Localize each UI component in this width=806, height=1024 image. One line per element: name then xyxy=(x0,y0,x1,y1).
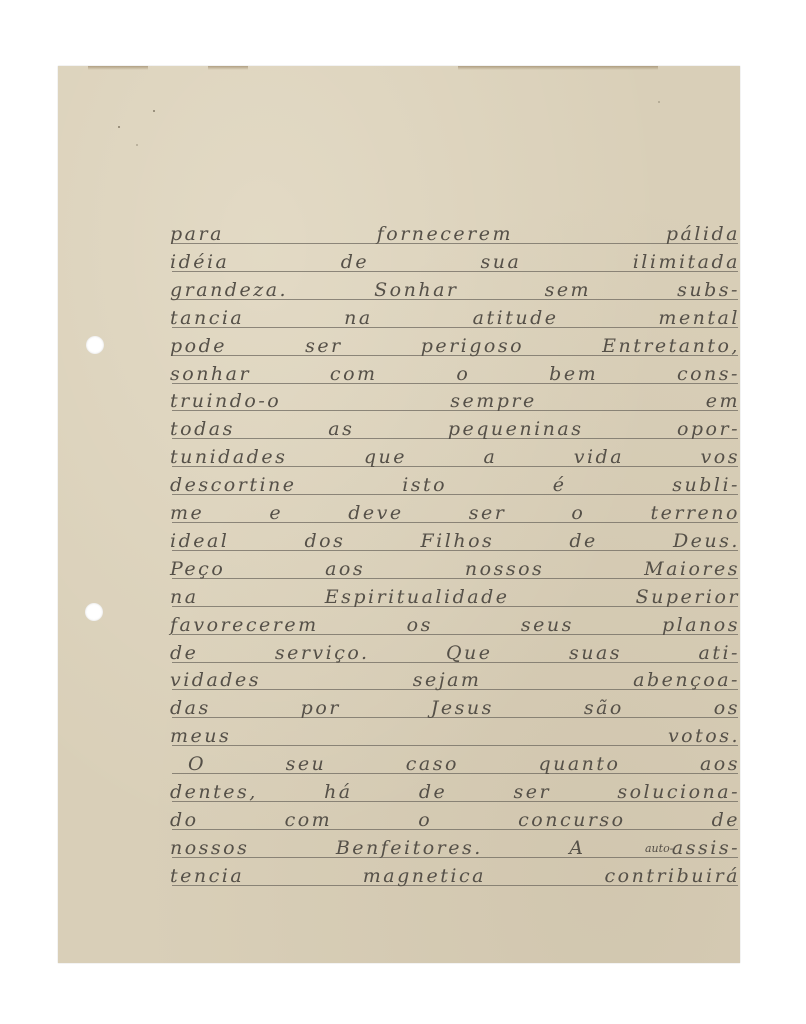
word: opor- xyxy=(677,418,740,440)
word: ser xyxy=(305,335,343,357)
text-line: parafornecerempálida xyxy=(170,219,740,245)
word: A xyxy=(569,837,585,859)
paper-speck xyxy=(136,144,138,146)
paper-speck xyxy=(153,110,155,112)
word: truindo-o xyxy=(170,390,281,412)
word: o xyxy=(418,809,432,831)
word: todas xyxy=(170,418,235,440)
word: sua xyxy=(481,251,522,273)
text-line: dentes,hádesersoluciona- xyxy=(170,777,740,803)
word: tunidades xyxy=(170,446,287,468)
word: Maiores xyxy=(644,558,740,580)
word: magnetica xyxy=(363,865,486,887)
text-line: sonharcomobemcons- xyxy=(170,359,740,385)
word: perigoso xyxy=(421,335,524,357)
word: contribuirá xyxy=(605,865,741,887)
word: isto xyxy=(402,474,447,496)
word: suas xyxy=(569,642,622,664)
word: serviço. xyxy=(275,642,370,664)
word: de xyxy=(419,781,447,803)
word: Jesus xyxy=(431,697,494,719)
word: terreno xyxy=(650,502,739,524)
word: vida xyxy=(574,446,624,468)
paper-speck xyxy=(118,126,120,128)
word: o xyxy=(571,502,585,524)
text-line: idealdosFilhosdeDeus. xyxy=(170,526,740,552)
word: pode xyxy=(170,335,227,357)
word: por xyxy=(301,697,341,719)
word: para xyxy=(170,223,224,245)
punch-hole-bottom xyxy=(85,603,103,621)
word: ser xyxy=(469,502,507,524)
word: sempre xyxy=(450,390,537,412)
text-line: descortineistoésubli- xyxy=(170,470,740,496)
text-line: deserviço.Quesuasati- xyxy=(170,638,740,664)
text-line: podeserperigosoEntretanto, xyxy=(170,331,740,357)
word: vos xyxy=(701,446,740,468)
word: sonhar xyxy=(170,363,251,385)
word: os xyxy=(714,697,740,719)
word: mental xyxy=(658,307,740,329)
word: Benfeitores. xyxy=(336,837,483,859)
text-line: tunidadesqueavidavos xyxy=(170,442,740,468)
edge-stain xyxy=(88,66,148,70)
word: com xyxy=(285,809,333,831)
text-line: docomoconcursode xyxy=(170,805,740,831)
word: Filhos xyxy=(421,530,495,552)
word: grandeza. xyxy=(170,279,288,301)
text-line: Oseucasoquantoaos xyxy=(188,749,740,775)
word: é xyxy=(553,474,567,496)
text-line: truindo-osempreem xyxy=(170,386,740,412)
word: concurso xyxy=(518,809,625,831)
word: de xyxy=(569,530,597,552)
word: soluciona- xyxy=(617,781,740,803)
word: pálida xyxy=(666,223,740,245)
word: são xyxy=(584,697,624,719)
word: Deus. xyxy=(673,530,740,552)
text-line: tenciamagneticacontribuirá xyxy=(170,861,740,887)
text-line: grandeza.Sonharsemsubs- xyxy=(170,275,740,301)
word: aos xyxy=(325,558,365,580)
word: nossos xyxy=(465,558,544,580)
word: subli- xyxy=(672,474,740,496)
word: sejam xyxy=(413,669,482,691)
word: ideal xyxy=(170,530,229,552)
text-line: idéiadesuailimitada xyxy=(170,247,740,273)
word: Sonhar xyxy=(374,279,458,301)
word: ilimitada xyxy=(633,251,740,273)
word: aos xyxy=(700,753,740,775)
word: tancia xyxy=(170,307,244,329)
word: a xyxy=(483,446,497,468)
paper-speck xyxy=(658,101,660,103)
text-line: meedeveseroterreno xyxy=(170,498,740,524)
text-line: tancianaatitudemental xyxy=(170,303,740,329)
word: seu xyxy=(286,753,327,775)
punch-hole-top xyxy=(86,336,104,354)
word: na xyxy=(344,307,373,329)
word: das xyxy=(170,697,211,719)
word: pequeninas xyxy=(448,418,584,440)
word: subs- xyxy=(677,279,740,301)
word: meus xyxy=(170,725,231,747)
word: idéia xyxy=(170,251,229,273)
word: Superior xyxy=(636,586,740,608)
text-line: meusvotos. xyxy=(170,721,740,747)
word: vidades xyxy=(170,669,261,691)
word: e xyxy=(269,502,283,524)
word: Entretanto, xyxy=(602,335,740,357)
word: quanto xyxy=(538,753,620,775)
word: seus xyxy=(521,614,574,636)
word: atitude xyxy=(473,307,559,329)
text-line: vidadessejamabençoa- xyxy=(170,665,740,691)
word: há xyxy=(324,781,353,803)
word: do xyxy=(170,809,199,831)
word: fornecerem xyxy=(377,223,513,245)
word: caso xyxy=(406,753,459,775)
word: sem xyxy=(545,279,592,301)
paper-sheet: parafornecerempálidaidéiadesuailimitadag… xyxy=(58,66,740,963)
text-line: PeçoaosnossosMaiores xyxy=(170,554,740,580)
word: abençoa- xyxy=(633,669,740,691)
word: planos xyxy=(662,614,740,636)
word: favorecerem xyxy=(170,614,319,636)
word: bem xyxy=(549,363,598,385)
word: ati- xyxy=(699,642,740,664)
word: de xyxy=(341,251,369,273)
edge-stain xyxy=(458,66,658,70)
word: deve xyxy=(348,502,403,524)
word: nossos xyxy=(170,837,249,859)
word: Que xyxy=(446,642,493,664)
word: na xyxy=(170,586,199,608)
word: o xyxy=(456,363,470,385)
edge-stain xyxy=(208,66,248,70)
word: que xyxy=(364,446,407,468)
text-line: dasporJesussãoos xyxy=(170,693,740,719)
word: votos. xyxy=(668,725,740,747)
word: em xyxy=(706,390,740,412)
text-line: naEspiritualidadeSuperior xyxy=(170,582,740,608)
word: os xyxy=(407,614,433,636)
text-line: todasaspequeninasopor- xyxy=(170,414,740,440)
word: me xyxy=(170,502,204,524)
word: Espiritualidade xyxy=(325,586,510,608)
word: dentes, xyxy=(170,781,258,803)
word: descortine xyxy=(170,474,297,496)
interlinear-note: auto- xyxy=(645,842,673,855)
word: Peço xyxy=(170,558,225,580)
word: de xyxy=(712,809,740,831)
word: dos xyxy=(305,530,346,552)
word: cons- xyxy=(677,363,740,385)
word: com xyxy=(330,363,378,385)
word: de xyxy=(170,642,198,664)
text-line: favoreceremosseusplanos xyxy=(170,610,740,636)
word: O xyxy=(188,753,206,775)
word: as xyxy=(328,418,354,440)
word: tencia xyxy=(170,865,244,887)
word: assis- xyxy=(672,837,740,859)
word: ser xyxy=(514,781,552,803)
